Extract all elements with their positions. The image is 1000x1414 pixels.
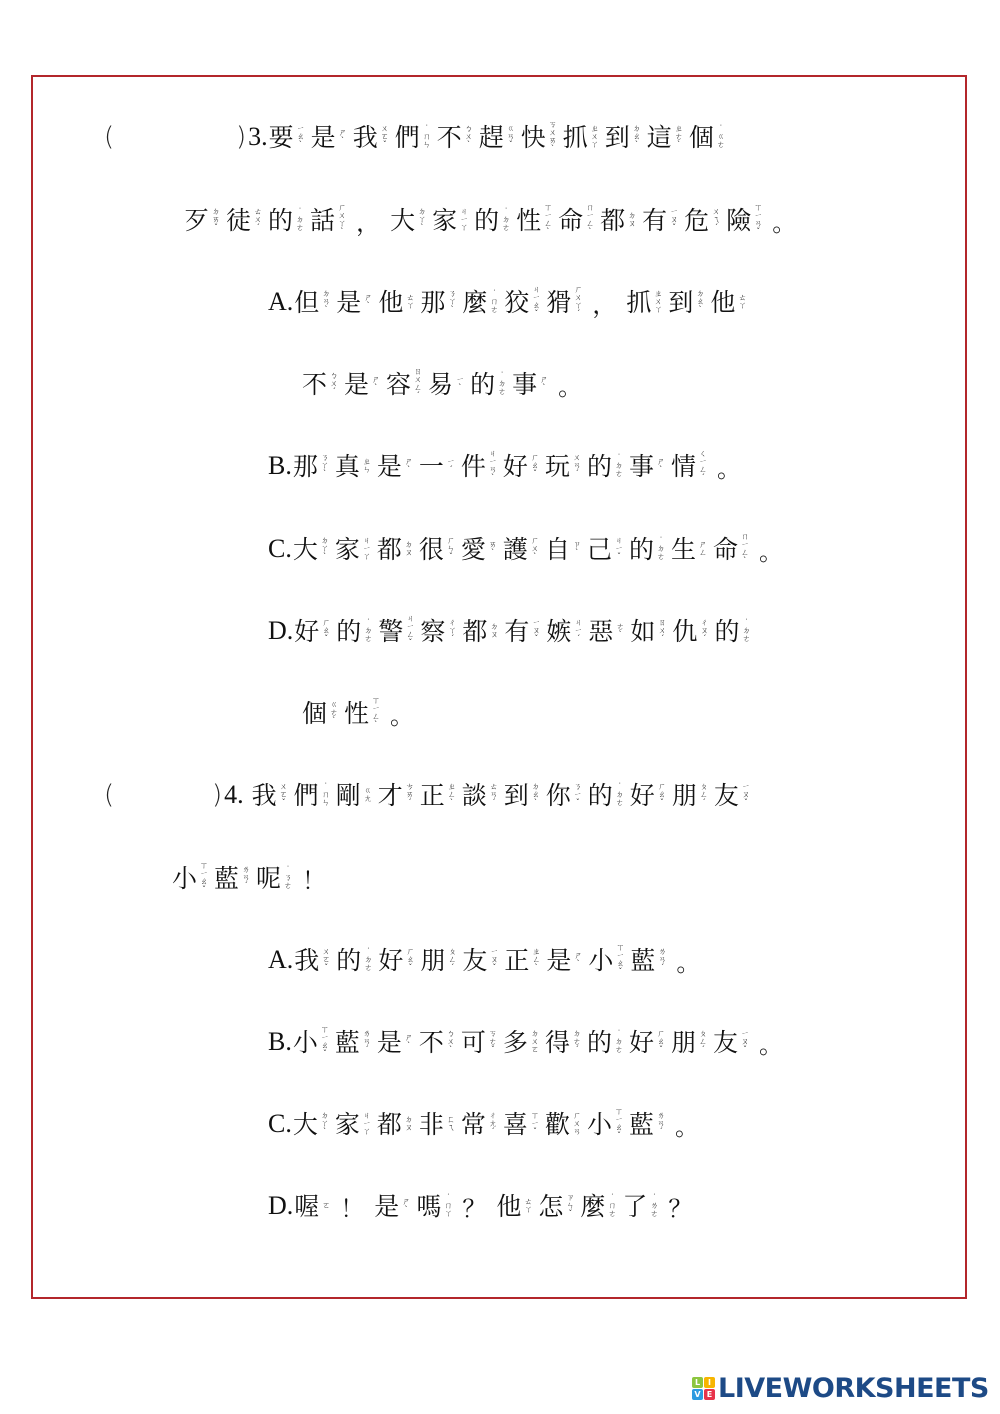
annotated-character: 好ㄏㄠˇ [503,454,541,479]
hanzi: 險 [726,208,751,233]
hanzi: 到 [605,125,630,150]
hanzi: 仇 [672,619,697,644]
zhuyin-annotation: ㄉㄠˋ [694,290,706,314]
annotated-character: 喜ㄒㄧˇ [503,1112,541,1137]
annotated-character: 都ㄉㄡ [377,1112,415,1137]
hanzi: 他 [710,290,735,315]
annotated-character: 情ㄑㄧㄥˊ [671,450,709,482]
answer-blank-open[interactable]: ( [104,780,114,810]
hanzi: 的 [587,454,612,479]
annotated-character: 的˙ㄉㄜ [474,208,512,233]
hanzi: 護 [503,537,528,562]
punctuation: ， [592,285,616,320]
annotated-character: 要ㄧㄠˋ [269,125,307,150]
zhuyin-annotation: ㄉㄜˊ [571,1030,583,1054]
annotated-character: 是ㄕˋ [377,454,415,479]
zhuyin-annotation: ˙ㄉㄜ [614,783,626,807]
zhuyin-annotation: ˙ㄉㄜ [613,454,625,478]
hanzi: 不 [419,1030,444,1055]
hanzi: 到 [504,783,529,808]
option-a-line[interactable]: 不ㄅㄨˊ是ㄕˋ容ㄖㄨㄥˊ易ㄧˋ的˙ㄉㄜ事ㄕˋ。 [302,362,592,406]
zhuyin-annotation: ㄇㄧㄥˋ [584,204,596,236]
annotated-character: 的˙ㄉㄜ [336,619,374,644]
hanzi: 麼 [580,1194,605,1219]
annotated-character: 惡ㄜˋ [588,619,626,644]
zhuyin-annotation: ㄉㄡ [626,212,638,228]
zhuyin-annotation: ㄈㄟ [445,1116,457,1132]
zhuyin-annotation: ㄒㄧㄠˇ [198,862,210,894]
option-d-line[interactable]: D.喔ㄛ！是ㄕˋ嗎˙ㄇㄚ？他ㄊㄚ怎ㄗㄣˇ麼˙ㄇㄜ了˙ㄌㄜ？ [268,1184,702,1228]
annotated-character: 抓ㄓㄨㄚ [626,290,664,315]
hanzi: 要 [269,125,294,150]
zhuyin-annotation: ㄉㄡ [488,623,500,639]
zhuyin-annotation: ㄌㄢˊ [656,948,668,972]
question-4-stem-line: 小ㄒㄧㄠˇ藍ㄌㄢˊ呢˙ㄋㄜ！ [172,856,336,900]
zhuyin-annotation: ㄨㄛˇ [379,125,391,149]
zhuyin-annotation: ㄕˋ [572,952,584,968]
option-label: D. [268,1191,293,1221]
annotated-character: 個ㄍㄜˋ [302,701,340,726]
annotated-character: 到ㄉㄠˋ [605,125,643,150]
liveworksheets-logo: L I V E LIVEWORKSHEETS [692,1373,989,1404]
annotated-character: 狡ㄐㄧㄠˇ [504,286,542,318]
annotated-character: 好ㄏㄠˇ [378,948,416,973]
zhuyin-annotation: ㄏㄠˇ [529,454,541,478]
option-a-line[interactable]: A.我ㄨㄛˇ的˙ㄉㄜ好ㄏㄠˇ朋ㄆㄥˊ友ㄧㄡˇ正ㄓㄥˋ是ㄕˋ小ㄒㄧㄠˇ藍ㄌㄢˊ。 [268,938,710,982]
zhuyin-annotation: ㄏㄠˇ [655,1030,667,1054]
annotated-character: 那ㄋㄚˋ [420,290,458,315]
hanzi: 嫉 [546,619,571,644]
annotated-character: 個˙ㄍㄜ [689,125,727,150]
zhuyin-annotation: ㄓㄨㄚ [652,290,664,314]
annotated-character: 的˙ㄉㄜ [470,372,508,397]
hanzi: 的 [474,208,499,233]
question-4-stem-line: ()4.我ㄨㄛˇ們˙ㄇㄣ剛ㄍㄤ才ㄘㄞˊ正ㄓㄥˋ談ㄊㄢˊ到ㄉㄠˋ你ㄋㄧˇ的˙ㄉㄜ好… [212,773,756,817]
zhuyin-annotation: ㄔㄡˊ [698,619,710,643]
zhuyin-annotation: ㄒㄧㄠˇ [614,944,626,976]
zhuyin-annotation: ˙ㄉㄜ [496,372,508,396]
hanzi: 是 [546,948,571,973]
zhuyin-annotation: ㄘㄞˊ [404,783,416,807]
hanzi: 常 [461,1112,486,1137]
zhuyin-annotation: ㄨㄛˇ [320,948,332,972]
zhuyin-annotation: ㄕˋ [538,376,550,392]
annotated-character: 猾ㄏㄨㄚˊ [546,286,584,318]
hanzi: 己 [587,537,612,562]
annotated-character: 藍ㄌㄢˊ [630,948,668,973]
hanzi: 小 [293,1030,318,1055]
annotated-character: 好ㄏㄠˇ [294,619,332,644]
annotated-character: 麼˙ㄇㄜ [580,1194,618,1219]
hanzi: 有 [642,208,667,233]
answer-blank-close: ) [236,122,246,152]
annotated-character: 的˙ㄉㄜ [714,619,752,644]
logo-text: LIVEWORKSHEETS [718,1373,989,1404]
hanzi: 自 [545,537,570,562]
annotated-character: 自ㄗˋ [545,537,583,562]
hanzi: 得 [545,1030,570,1055]
hanzi: 好 [378,948,403,973]
hanzi: 容 [386,372,411,397]
zhuyin-annotation: ˙ㄇㄜ [488,290,500,314]
hanzi: 是 [377,1030,402,1055]
zhuyin-annotation: ㄉㄞˇ [210,208,222,232]
annotated-character: 大ㄉㄚˋ [390,208,428,233]
hanzi: 怎 [538,1194,563,1219]
zhuyin-annotation: ㄕˋ [362,294,374,310]
hanzi: 們 [294,783,319,808]
annotated-character: 到ㄉㄠˋ [668,290,706,315]
option-d-line[interactable]: D.好ㄏㄠˇ的˙ㄉㄜ警ㄐㄧㄥˇ察ㄔㄚˊ都ㄉㄡ有ㄧㄡˇ嫉ㄐㄧˊ惡ㄜˋ如ㄖㄨˊ仇ㄔㄡ… [268,609,756,653]
annotated-character: 的˙ㄉㄜ [629,537,667,562]
annotated-character: 都ㄉㄡ [377,537,415,562]
hanzi: 歡 [545,1112,570,1137]
option-b-line[interactable]: B.那ㄋㄚˋ真ㄓㄣ是ㄕˋ一ㄧˊ件ㄐㄧㄢˋ好ㄏㄠˇ玩ㄨㄢˊ的˙ㄉㄜ事ㄕˋ情ㄑㄧㄥˊ… [268,444,751,488]
zhuyin-annotation: ㄓㄥˋ [446,783,458,807]
question-3-stem-line: 歹ㄉㄞˇ徒ㄊㄨˊ的˙ㄉㄜ話ㄏㄨㄚˋ，大ㄉㄚˋ家ㄐㄧㄚ的˙ㄉㄜ性ㄒㄧㄥˋ命ㄇㄧㄥˋ… [184,198,806,242]
hanzi: 這 [647,125,672,150]
zhuyin-annotation: ㄊㄢˊ [488,783,500,807]
zhuyin-annotation: ㄧㄡˇ [668,208,680,232]
annotated-character: 藍ㄌㄢˊ [629,1112,667,1137]
hanzi: 命 [558,208,583,233]
zhuyin-annotation: ˙ㄉㄜ [362,948,374,972]
hanzi: 喔 [294,1194,319,1219]
hanzi: 他 [378,290,403,315]
zhuyin-annotation: ˙ㄉㄜ [655,537,667,561]
annotated-character: 好ㄏㄠˇ [629,1030,667,1055]
hanzi: 易 [428,372,453,397]
zhuyin-annotation: ㄔㄚˊ [446,619,458,643]
hanzi: 我 [353,125,378,150]
annotated-character: 怎ㄗㄣˇ [538,1194,576,1219]
zhuyin-annotation: ㄊㄚ [522,1198,534,1214]
zhuyin-annotation: ˙ㄉㄜ [500,208,512,232]
annotated-character: 玩ㄨㄢˊ [545,454,583,479]
hanzi: 有 [504,619,529,644]
annotated-character: 藍ㄌㄢˊ [335,1030,373,1055]
annotated-character: 件ㄐㄧㄢˋ [461,450,499,482]
hanzi: 呢 [256,866,281,891]
answer-blank-open[interactable]: ( [104,122,114,152]
zhuyin-annotation: ㄇㄧㄥˋ [739,533,751,565]
zhuyin-annotation: ㄧㄡˇ [739,1030,751,1054]
punctuation: ， [356,203,380,238]
annotated-character: 可ㄎㄜˇ [461,1030,499,1055]
zhuyin-annotation: ˙ㄉㄜ [362,619,374,643]
zhuyin-annotation: ˙ㄇㄚ [442,1194,454,1218]
hanzi: 剛 [336,783,361,808]
annotated-character: 的˙ㄉㄜ [588,783,626,808]
hanzi: 抓 [563,125,588,150]
zhuyin-annotation: ㄓㄜˋ [673,125,685,149]
hanzi: 們 [395,125,420,150]
annotated-character: 們˙ㄇㄣ [294,783,332,808]
hanzi: 不 [437,125,462,150]
annotated-character: 得ㄉㄜˊ [545,1030,583,1055]
annotated-character: 如ㄖㄨˊ [630,619,668,644]
zhuyin-annotation: ˙ㄇㄣ [421,125,433,149]
zhuyin-annotation: ㄕˋ [400,1198,412,1214]
zhuyin-annotation: ㄐㄧㄢˋ [487,450,499,482]
annotated-character: 愛ㄞˋ [461,537,499,562]
hanzi: 正 [420,783,445,808]
annotated-character: 這ㄓㄜˋ [647,125,685,150]
zhuyin-annotation: ㄧㄡˇ [530,619,542,643]
hanzi: 小 [587,1112,612,1137]
zhuyin-annotation: ㄖㄨˊ [656,619,668,643]
punctuation: ？ [462,1189,486,1224]
annotated-character: 剛ㄍㄤ [336,783,374,808]
zhuyin-annotation: ㄏㄣˇ [445,537,457,561]
annotated-character: 麼˙ㄇㄜ [462,290,500,315]
punctuation: 。 [772,203,796,238]
option-c-line[interactable]: C.大ㄉㄚˋ家ㄐㄧㄚ都ㄉㄡ非ㄈㄟ常ㄔㄤˊ喜ㄒㄧˇ歡ㄏㄨㄢ小ㄒㄧㄠˇ藍ㄌㄢˊ。 [268,1102,709,1146]
option-label: A. [268,287,293,317]
zhuyin-annotation: ㄧㄡˇ [488,948,500,972]
annotated-character: 小ㄒㄧㄠˇ [587,1108,625,1140]
hanzi: 好 [294,619,319,644]
option-c-line[interactable]: C.大ㄉㄚˋ家ㄐㄧㄚ都ㄉㄡ很ㄏㄣˇ愛ㄞˋ護ㄏㄨˋ自ㄗˋ己ㄐㄧˇ的˙ㄉㄜ生ㄕㄥ命ㄇ… [268,527,793,571]
live-tiles-icon: L I V E [692,1377,715,1400]
zhuyin-annotation: ㄌㄢˊ [240,866,252,890]
zhuyin-annotation: ˙ㄉㄜ [740,619,752,643]
annotated-character: 喔ㄛ [294,1194,332,1219]
hanzi: 不 [302,372,327,397]
annotated-character: 的˙ㄉㄜ [336,948,374,973]
punctuation: 。 [390,696,414,731]
hanzi: 快 [521,125,546,150]
annotated-character: 友ㄧㄡˇ [713,1030,751,1055]
zhuyin-annotation: ㄋㄚˋ [319,454,331,478]
annotated-character: 事ㄕˋ [629,454,667,479]
hanzi: 一 [419,454,444,479]
logo-tile-v: V [692,1389,703,1400]
annotated-character: 非ㄈㄟ [419,1112,457,1137]
zhuyin-annotation: ㄨㄟˊ [710,208,722,232]
zhuyin-annotation: ˙ㄇㄣ [320,783,332,807]
annotated-character: 正ㄓㄥˋ [420,783,458,808]
option-a-line[interactable]: A.但ㄉㄢˋ是ㄕˋ他ㄊㄚ那ㄋㄚˋ麼˙ㄇㄜ狡ㄐㄧㄠˇ猾ㄏㄨㄚˊ，抓ㄓㄨㄚ到ㄉㄠˋ他… [268,280,752,324]
zhuyin-annotation: ˙ㄇㄜ [606,1194,618,1218]
hanzi: 歹 [184,208,209,233]
hanzi: 徒 [226,208,251,233]
hanzi: 生 [671,537,696,562]
hanzi: 大 [293,537,318,562]
annotated-character: 嫉ㄐㄧˊ [546,619,584,644]
zhuyin-annotation: ㄆㄥˊ [446,948,458,972]
zhuyin-annotation: ㄗㄣˇ [564,1194,576,1218]
annotated-character: 抓ㄓㄨㄚ [563,125,601,150]
zhuyin-annotation: ㄅㄨˋ [463,125,475,149]
annotated-character: 的˙ㄉㄜ [587,454,625,479]
logo-tile-l: L [692,1377,703,1388]
hanzi: 警 [378,619,403,644]
hanzi: 他 [496,1194,521,1219]
hanzi: 的 [588,783,613,808]
annotated-character: 不ㄅㄨˋ [419,1030,457,1055]
hanzi: 藍 [335,1030,360,1055]
hanzi: 但 [294,290,319,315]
zhuyin-annotation: ㄗˋ [571,541,583,557]
hanzi: 喜 [503,1112,528,1137]
hanzi: 性 [344,701,369,726]
hanzi: 是 [344,372,369,397]
hanzi: 友 [713,1030,738,1055]
punctuation: ？ [668,1189,692,1224]
hanzi: 家 [432,208,457,233]
hanzi: 個 [689,125,714,150]
annotated-character: 性ㄒㄧㄥˋ [344,697,382,729]
annotated-character: 都ㄉㄡ [600,208,638,233]
annotated-character: 大ㄉㄚˋ [293,1112,331,1137]
logo-tile-e: E [704,1389,715,1400]
hanzi: 猾 [546,290,571,315]
question-number: 4. [224,780,244,810]
annotated-character: 事ㄕˋ [512,372,550,397]
hanzi: 的 [587,1030,612,1055]
annotated-character: 仇ㄔㄡˊ [672,619,710,644]
option-d-line[interactable]: 個ㄍㄜˋ性ㄒㄧㄥˋ。 [302,691,424,735]
hanzi: 正 [504,948,529,973]
zhuyin-annotation: ㄨㄢˊ [571,454,583,478]
hanzi: 友 [714,783,739,808]
annotated-character: 容ㄖㄨㄥˊ [386,368,424,400]
hanzi: 那 [293,454,318,479]
hanzi: 家 [335,1112,360,1137]
hanzi: 小 [172,866,197,891]
annotated-character: 朋ㄆㄥˊ [671,1030,709,1055]
annotated-character: 一ㄧˊ [419,454,457,479]
hanzi: 朋 [671,1030,696,1055]
zhuyin-annotation: ㄉㄡ [403,1116,415,1132]
zhuyin-annotation: ㄧㄠˋ [295,125,307,149]
question-number: 3. [248,122,268,152]
annotated-character: 小ㄒㄧㄠˇ [172,862,210,894]
annotated-character: 他ㄊㄚ [496,1194,534,1219]
punctuation: 。 [675,1107,699,1142]
hanzi: 事 [629,454,654,479]
annotated-character: 好ㄏㄠˇ [630,783,668,808]
annotated-character: 嗎˙ㄇㄚ [416,1194,454,1219]
zhuyin-annotation: ㄊㄚ [736,294,748,310]
annotated-character: 的˙ㄉㄜ [268,208,306,233]
hanzi: 命 [713,537,738,562]
annotated-character: 險ㄒㄧㄢˇ [726,204,764,236]
zhuyin-annotation: ㄏㄨㄚˋ [336,204,348,236]
hanzi: 朋 [420,948,445,973]
zhuyin-annotation: ˙ㄍㄜ [715,125,727,149]
hanzi: 愛 [461,537,486,562]
zhuyin-annotation: ㄏㄨㄚˊ [572,286,584,318]
annotated-character: 己ㄐㄧˇ [587,537,625,562]
zhuyin-annotation: ㄨㄛˇ [278,783,290,807]
zhuyin-annotation: ㄕˋ [655,458,667,474]
annotated-character: 們˙ㄇㄣ [395,125,433,150]
annotated-character: 朋ㄆㄥˊ [420,948,458,973]
hanzi: 大 [293,1112,318,1137]
hanzi: 藍 [630,948,655,973]
annotated-character: 呢˙ㄋㄜ [256,866,294,891]
annotated-character: 是ㄕˋ [377,1030,415,1055]
hanzi: 好 [503,454,528,479]
zhuyin-annotation: ㄅㄨˊ [328,372,340,396]
zhuyin-annotation: ㄒㄧㄢˇ [752,204,764,236]
hanzi: 那 [420,290,445,315]
annotated-character: 易ㄧˋ [428,372,466,397]
zhuyin-annotation: ㄉㄡ [403,541,415,557]
zhuyin-annotation: ㄒㄧㄠˇ [613,1108,625,1140]
hanzi: 的 [629,537,654,562]
option-b-line[interactable]: B.小ㄒㄧㄠˇ藍ㄌㄢˊ是ㄕˋ不ㄅㄨˋ可ㄎㄜˇ多ㄉㄨㄛ得ㄉㄜˊ的˙ㄉㄜ好ㄏㄠˇ朋ㄆ… [268,1020,793,1064]
zhuyin-annotation: ㄧㄡˇ [740,783,752,807]
zhuyin-annotation: ㄎㄨㄞˋ [547,121,559,153]
annotated-character: 友ㄧㄡˇ [462,948,500,973]
hanzi: 是 [374,1194,399,1219]
option-label: B. [268,1027,292,1057]
hanzi: 非 [419,1112,444,1137]
annotated-character: 但ㄉㄢˋ [294,290,332,315]
hanzi: 抓 [626,290,651,315]
zhuyin-annotation: ㄆㄥˊ [697,1030,709,1054]
annotated-character: 命ㄇㄧㄥˋ [558,204,596,236]
zhuyin-annotation: ㄊㄨˊ [252,208,264,232]
annotated-character: 他ㄊㄚ [378,290,416,315]
zhuyin-annotation: ㄍㄤ [362,787,374,803]
hanzi: 如 [630,619,655,644]
hanzi: 我 [294,948,319,973]
zhuyin-annotation: ㄐㄧㄚ [458,208,470,232]
zhuyin-annotation: ˙ㄉㄜ [294,208,306,232]
zhuyin-annotation: ㄍㄜˋ [328,701,340,725]
zhuyin-annotation: ㄉㄚˋ [416,208,428,232]
zhuyin-annotation: ㄔㄤˊ [487,1112,499,1136]
annotated-character: 我ㄨㄛˇ [294,948,332,973]
zhuyin-annotation: ㄐㄧˇ [613,537,625,561]
answer-blank-close: ) [212,780,222,810]
hanzi: 是 [311,125,336,150]
hanzi: 嗎 [416,1194,441,1219]
hanzi: 大 [390,208,415,233]
annotated-character: 正ㄓㄥˋ [504,948,542,973]
zhuyin-annotation: ㄕˋ [370,376,382,392]
zhuyin-annotation: ㄏㄠˇ [404,948,416,972]
hanzi: 你 [546,783,571,808]
hanzi: 才 [378,783,403,808]
zhuyin-annotation: ㄊㄚ [404,294,416,310]
hanzi: 事 [512,372,537,397]
annotated-character: 了˙ㄌㄜ [622,1194,660,1219]
annotated-character: 徒ㄊㄨˊ [226,208,264,233]
zhuyin-annotation: ㄖㄨㄥˊ [412,368,424,400]
hanzi: 真 [335,454,360,479]
zhuyin-annotation: ㄒㄧˇ [529,1112,541,1136]
zhuyin-annotation: ㄒㄧㄥˋ [542,204,554,236]
annotated-character: 常ㄔㄤˊ [461,1112,499,1137]
zhuyin-annotation: ㄐㄧㄚ [361,537,373,561]
hanzi: 友 [462,948,487,973]
zhuyin-annotation: ㄏㄠˇ [320,619,332,643]
hanzi: 情 [671,454,696,479]
zhuyin-annotation: ㄌㄢˊ [361,1030,373,1054]
hanzi: 件 [461,454,486,479]
zhuyin-annotation: ㄉㄠˋ [631,125,643,149]
annotated-character: 我ㄨㄛˇ [252,783,290,808]
hanzi: 玩 [545,454,570,479]
annotated-character: 真ㄓㄣ [335,454,373,479]
annotated-character: 不ㄅㄨˊ [302,372,340,397]
zhuyin-annotation: ˙ㄌㄜ [648,1194,660,1218]
